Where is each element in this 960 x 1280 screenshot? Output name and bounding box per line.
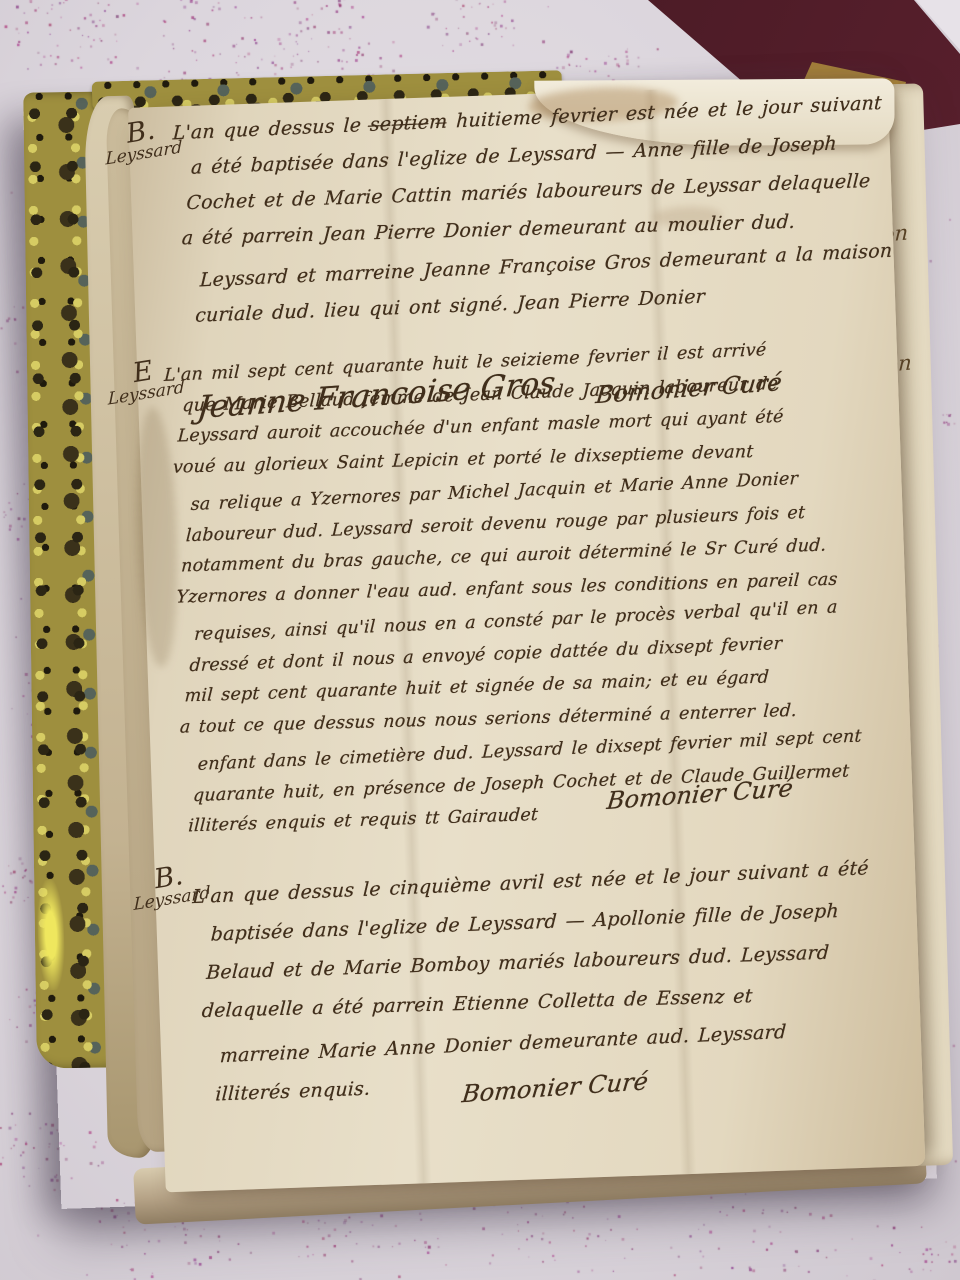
record-text: L'an que dessus le s̶e̶p̶t̶i̶e̶m̶ huitie… (183, 87, 910, 334)
burial-record-jacquin-infant: L'an mil sept cent quarante huit le seiz… (175, 330, 940, 843)
signature-row: Bomonier Curé (462, 1070, 648, 1104)
record-text: L'an mil sept cent quarante huit le seiz… (175, 330, 940, 843)
register-page: B. Leyssard E Leyssard B. Leyssard L'an … (128, 81, 925, 1192)
manuscript-photo: ln E son a B son l e B. Leyssard E Leyss… (0, 0, 960, 1280)
cover-highlight (36, 880, 66, 991)
baptism-record-anne-cochet: L'an que dessus le s̶e̶p̶t̶i̶e̶m̶ huitie… (183, 87, 910, 334)
